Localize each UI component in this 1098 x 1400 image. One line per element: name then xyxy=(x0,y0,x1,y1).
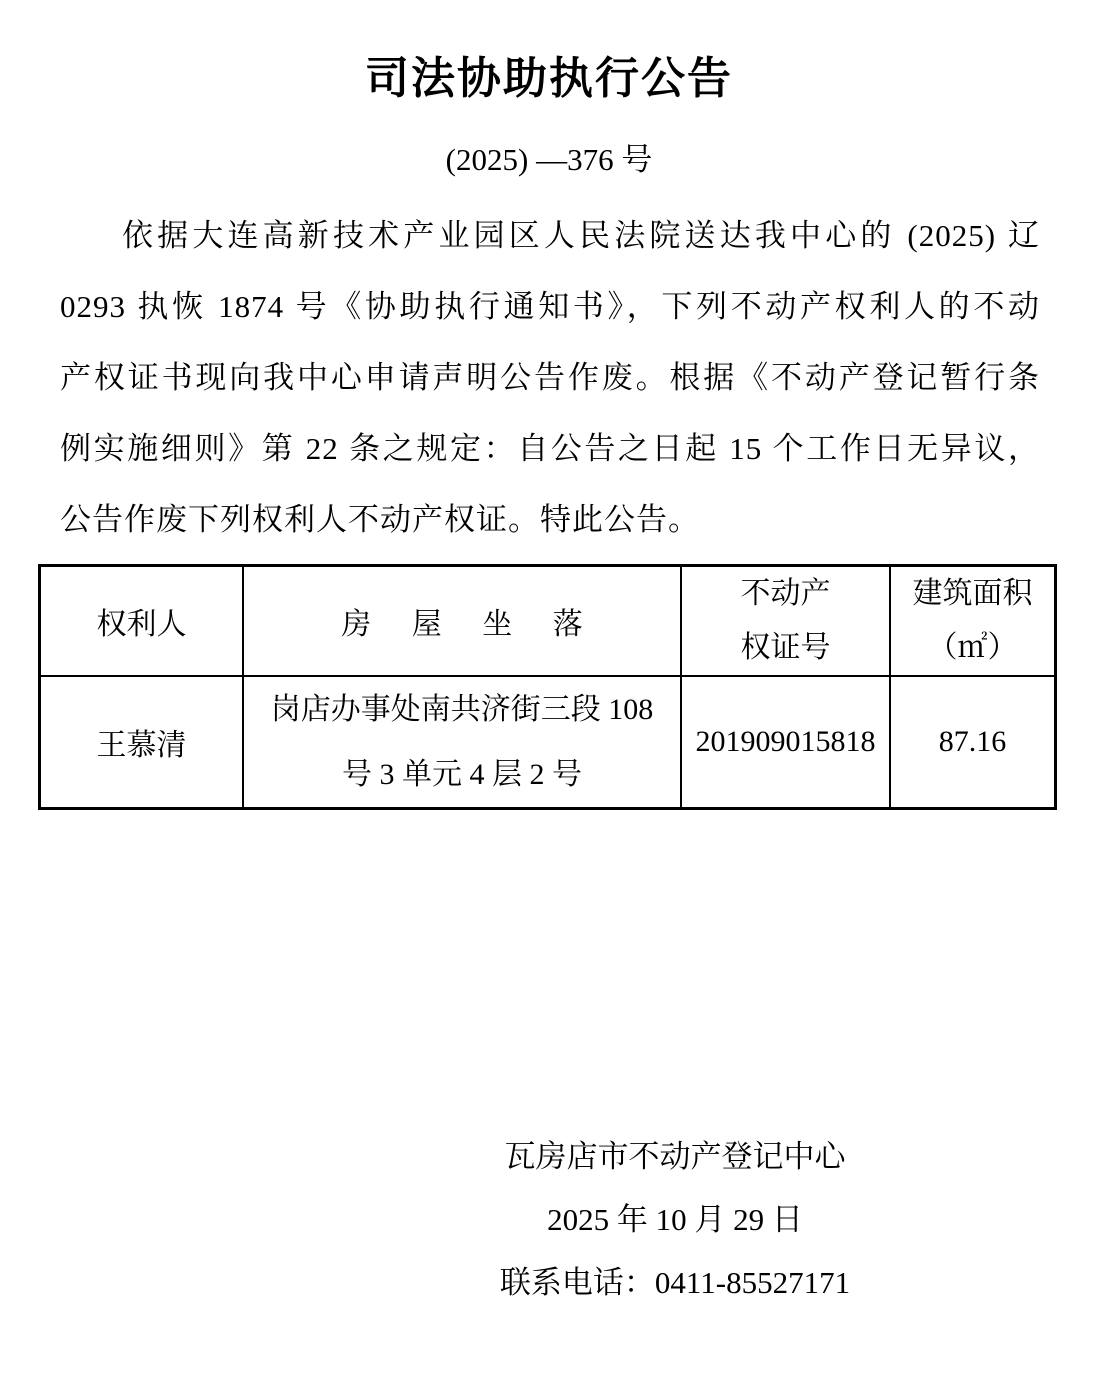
cell-building-area: 87.16 xyxy=(890,676,1056,809)
contact-phone: 联系电话：0411-85527171 xyxy=(250,1251,1098,1314)
announcement-document: 司法协助执行公告 (2025) —376 号 依据大连高新技术产业园区人民法院送… xyxy=(0,0,1098,1400)
col-header-location: 房 屋 坐 落 xyxy=(243,566,681,677)
issuer-name: 瓦房店市不动产登记中心 xyxy=(250,1125,1098,1188)
table-row: 王慕清 岗店办事处南共济街三段 108 号 3 单元 4 层 2 号 20190… xyxy=(40,676,1056,809)
table-header-row: 权利人 房 屋 坐 落 不动产 权证号 建筑面积 （㎡） xyxy=(40,566,1056,677)
signature-block: 瓦房店市不动产登记中心 2025 年 10 月 29 日 联系电话：0411-8… xyxy=(250,1125,1098,1314)
cell-house-location: 岗店办事处南共济街三段 108 号 3 单元 4 层 2 号 xyxy=(243,676,681,809)
col-header-owner: 权利人 xyxy=(40,566,244,677)
cell-cert-number: 201909015818 xyxy=(681,676,890,809)
body-line-3: 产权证书现向我中心申请声明公告作废。根据《不动产登记暂行条 xyxy=(60,342,1040,413)
body-line-1: 依据大连高新技术产业园区人民法院送达我中心的 (2025) 辽 xyxy=(60,200,1040,271)
announcement-body: 依据大连高新技术产业园区人民法院送达我中心的 (2025) 辽 0293 执恢 … xyxy=(60,200,1040,555)
col-header-building-area: 建筑面积 （㎡） xyxy=(890,566,1056,677)
body-line-5: 公告作废下列权利人不动产权证。特此公告。 xyxy=(60,484,1040,555)
body-line-4: 例实施细则》第 22 条之规定：自公告之日起 15 个工作日无异议， xyxy=(60,413,1040,484)
body-line-2: 0293 执恢 1874 号《协助执行通知书》，下列不动产权利人的不动 xyxy=(60,271,1040,342)
doc-number: (2025) —376 号 xyxy=(0,140,1098,180)
certificate-table: 权利人 房 屋 坐 落 不动产 权证号 建筑面积 （㎡） 王慕清 岗店办事处南共… xyxy=(38,564,1057,810)
cell-owner-name: 王慕清 xyxy=(40,676,244,809)
page-title: 司法协助执行公告 xyxy=(0,52,1098,106)
col-header-cert-number: 不动产 权证号 xyxy=(681,566,890,677)
issue-date: 2025 年 10 月 29 日 xyxy=(250,1188,1098,1251)
